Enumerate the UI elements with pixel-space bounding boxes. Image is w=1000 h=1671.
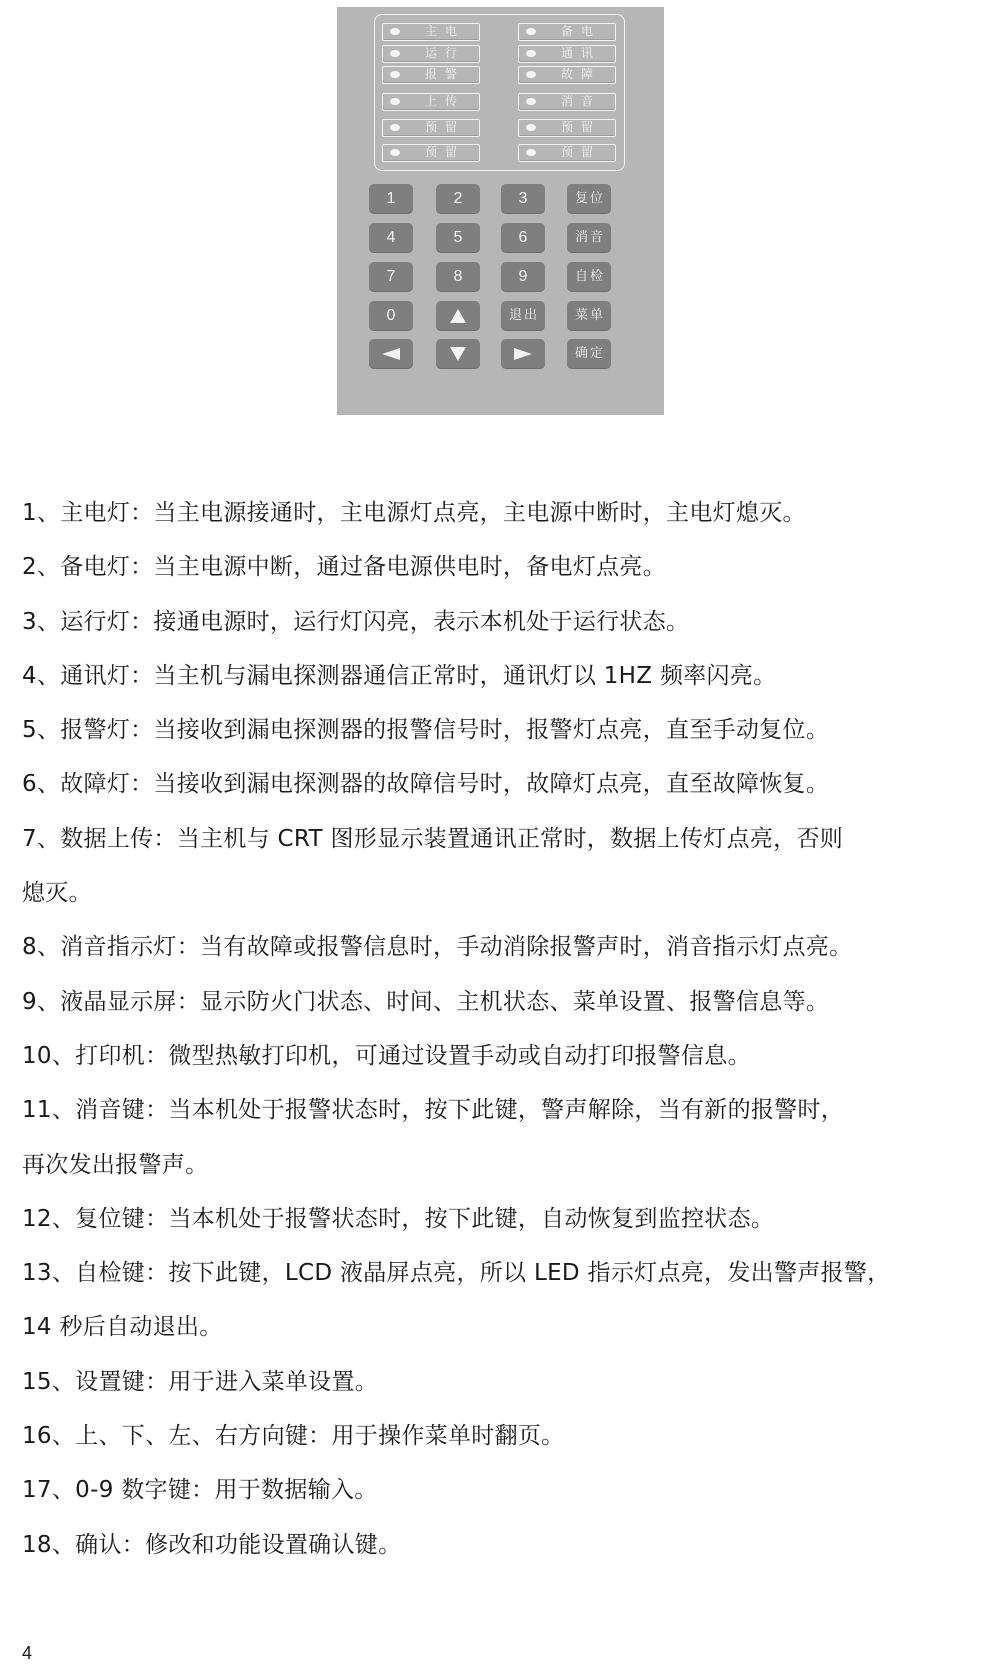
page-number: 4 [22,1641,32,1665]
indicator-reserved: 预留 [382,144,480,162]
right-arrow-icon [514,348,532,360]
description-line-11-cont: 再次发出报警声。 [22,1138,992,1192]
led-dot-icon [526,50,536,57]
down-arrow-icon [450,347,466,361]
description-line-18: 18、确认：修改和功能设置确认键。 [22,1518,992,1572]
description-line-10: 10、打印机：微型热敏打印机，可通过设置手动或自动打印报警信息。 [22,1029,992,1083]
indicator-main-power: 主电 [382,23,480,41]
mute-key[interactable]: 消音 [567,223,611,252]
indicator-reserved: 预留 [382,119,480,137]
indicator-label: 报警 [409,67,473,82]
indicator-backup-power: 备电 [518,23,616,41]
indicator-reserved: 预留 [518,119,616,137]
led-dot-icon [390,98,400,105]
indicator-label: 预留 [545,145,609,160]
indicator-fault: 故障 [518,66,616,84]
description-line-13-cont: 14 秒后自动退出。 [22,1300,992,1354]
description-line-15: 15、设置键：用于进入菜单设置。 [22,1355,992,1409]
indicator-label: 预留 [545,120,609,135]
description-line-5: 5、报警灯：当接收到漏电探测器的报警信号时，报警灯点亮，直至手动复位。 [22,703,992,757]
indicator-running: 运行 [382,45,480,63]
indicator-label: 通讯 [545,46,609,61]
up-arrow-key[interactable] [436,301,480,330]
led-dot-icon [526,124,536,131]
description-line-9: 9、液晶显示屏：显示防火门状态、时间、主机状态、菜单设置、报警信息等。 [22,975,992,1029]
exit-key[interactable]: 退出 [501,301,545,330]
indicator-label: 预留 [409,120,473,135]
control-panel-illustration: 主电 运行 报警 上传 预留 预留 备电 通讯 故障 消音 预留 [337,7,664,415]
description-line-2: 2、备电灯：当主电源中断，通过备电源供电时，备电灯点亮。 [22,540,992,594]
led-dot-icon [390,71,400,78]
description-line-13: 13、自检键：按下此键，LCD 液晶屏点亮，所以 LED 指示灯点亮，发出警声报… [22,1246,992,1300]
down-arrow-key[interactable] [436,339,480,368]
description-line-8: 8、消音指示灯：当有故障或报警信息时，手动消除报警声时，消音指示灯点亮。 [22,920,992,974]
description-line-12: 12、复位键：当本机处于报警状态时，按下此键，自动恢复到监控状态。 [22,1192,992,1246]
menu-key[interactable]: 菜单 [567,301,611,330]
key-2[interactable]: 2 [436,184,480,213]
description-line-16: 16、上、下、左、右方向键：用于操作菜单时翻页。 [22,1409,992,1463]
right-arrow-key[interactable] [501,339,545,368]
indicator-label: 消音 [545,94,609,109]
up-arrow-icon [450,309,466,323]
confirm-key[interactable]: 确定 [567,339,611,368]
description-line-4: 4、通讯灯：当主机与漏电探测器通信正常时，通讯灯以 1HZ 频率闪亮。 [22,649,992,703]
led-dot-icon [526,28,536,35]
key-3[interactable]: 3 [501,184,545,213]
led-dot-icon [390,149,400,156]
key-7[interactable]: 7 [369,262,413,291]
key-8[interactable]: 8 [436,262,480,291]
function-description-list: 1、主电灯：当主电源接通时，主电源灯点亮，主电源中断时，主电灯熄灭。 2、备电灯… [22,486,992,1572]
description-line-7: 7、数据上传：当主机与 CRT 图形显示装置通讯正常时，数据上传灯点亮，否则 [22,812,992,866]
key-0[interactable]: 0 [369,301,413,330]
indicator-label: 备电 [545,24,609,39]
left-arrow-icon [382,348,400,360]
indicator-reserved: 预留 [518,144,616,162]
indicator-communication: 通讯 [518,45,616,63]
led-dot-icon [526,149,536,156]
led-dot-icon [526,98,536,105]
self-test-key[interactable]: 自检 [567,262,611,291]
indicator-label: 预留 [409,145,473,160]
indicator-label: 故障 [545,67,609,82]
led-dot-icon [390,124,400,131]
reset-key[interactable]: 复位 [567,184,611,213]
indicator-label: 上传 [409,94,473,109]
description-line-11: 11、消音键：当本机处于报警状态时，按下此键，警声解除，当有新的报警时， [22,1083,992,1137]
key-5[interactable]: 5 [436,223,480,252]
key-4[interactable]: 4 [369,223,413,252]
description-line-1: 1、主电灯：当主电源接通时，主电源灯点亮，主电源中断时，主电灯熄灭。 [22,486,992,540]
description-line-6: 6、故障灯：当接收到漏电探测器的故障信号时，故障灯点亮，直至故障恢复。 [22,757,992,811]
key-6[interactable]: 6 [501,223,545,252]
indicator-label: 主电 [409,24,473,39]
description-line-3: 3、运行灯：接通电源时，运行灯闪亮，表示本机处于运行状态。 [22,595,992,649]
left-arrow-key[interactable] [369,339,413,368]
led-dot-icon [390,50,400,57]
indicator-mute: 消音 [518,93,616,111]
description-line-7-cont: 熄灭。 [22,866,992,920]
key-9[interactable]: 9 [501,262,545,291]
indicator-alarm: 报警 [382,66,480,84]
led-dot-icon [526,71,536,78]
led-dot-icon [390,28,400,35]
description-line-17: 17、0-9 数字键：用于数据输入。 [22,1463,992,1517]
key-1[interactable]: 1 [369,184,413,213]
indicator-label: 运行 [409,46,473,61]
indicator-upload: 上传 [382,93,480,111]
